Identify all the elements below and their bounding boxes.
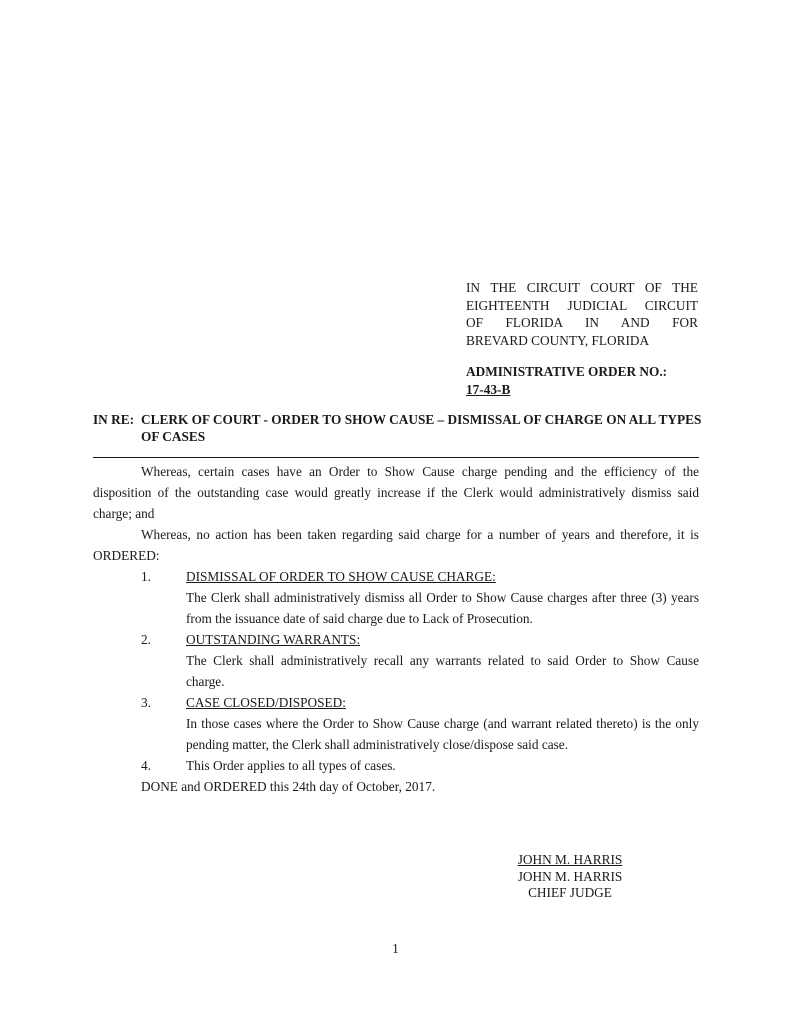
item-number: 1. xyxy=(141,566,151,587)
item-number: 3. xyxy=(141,692,151,713)
order-item: 3. CASE CLOSED/DISPOSED: In those cases … xyxy=(93,692,699,755)
caption-line: OF FLORIDA IN AND FOR xyxy=(466,314,698,332)
signature: JOHN M. HARRIS xyxy=(518,852,623,867)
order-item: 1. DISMISSAL OF ORDER TO SHOW CAUSE CHAR… xyxy=(93,566,699,629)
order-number: 17-43-B xyxy=(466,382,510,397)
done-and-ordered: DONE and ORDERED this 24th day of Octobe… xyxy=(93,776,699,797)
item-text: The Clerk shall administratively recall … xyxy=(186,650,699,692)
in-re-text: CLERK OF COURT - ORDER TO SHOW CAUSE – D… xyxy=(141,411,703,445)
order-body: Whereas, certain cases have an Order to … xyxy=(93,461,699,797)
item-heading: CASE CLOSED/DISPOSED: xyxy=(186,695,346,710)
signature-block: JOHN M. HARRIS JOHN M. HARRIS CHIEF JUDG… xyxy=(505,852,635,902)
item-heading: DISMISSAL OF ORDER TO SHOW CAUSE CHARGE: xyxy=(186,569,496,584)
order-item: 4. This Order applies to all types of ca… xyxy=(93,755,699,776)
court-caption: IN THE CIRCUIT COURT OF THE EIGHTEENTH J… xyxy=(466,279,698,349)
item-number: 4. xyxy=(141,755,151,776)
caption-line: BREVARD COUNTY, FLORIDA xyxy=(466,332,698,350)
order-item: 2. OUTSTANDING WARRANTS: The Clerk shall… xyxy=(93,629,699,692)
divider xyxy=(93,457,699,458)
administrative-order-block: ADMINISTRATIVE ORDER NO.: 17-43-B xyxy=(466,363,706,398)
whereas-paragraph: Whereas, no action has been taken regard… xyxy=(93,524,699,566)
whereas-paragraph: Whereas, certain cases have an Order to … xyxy=(93,461,699,524)
page-number: 1 xyxy=(0,941,791,957)
in-re-label: IN RE: xyxy=(93,411,134,428)
judge-name: JOHN M. HARRIS xyxy=(505,869,635,886)
caption-line: IN THE CIRCUIT COURT OF THE xyxy=(466,279,698,297)
caption-line: EIGHTEENTH JUDICIAL CIRCUIT xyxy=(466,297,698,315)
order-label: ADMINISTRATIVE ORDER NO.: xyxy=(466,363,706,381)
item-number: 2. xyxy=(141,629,151,650)
item-heading: OUTSTANDING WARRANTS: xyxy=(186,632,360,647)
item-text: In those cases where the Order to Show C… xyxy=(186,713,699,755)
item-text: The Clerk shall administratively dismiss… xyxy=(186,587,699,629)
item-text: This Order applies to all types of cases… xyxy=(186,755,699,776)
judge-title: CHIEF JUDGE xyxy=(505,885,635,902)
